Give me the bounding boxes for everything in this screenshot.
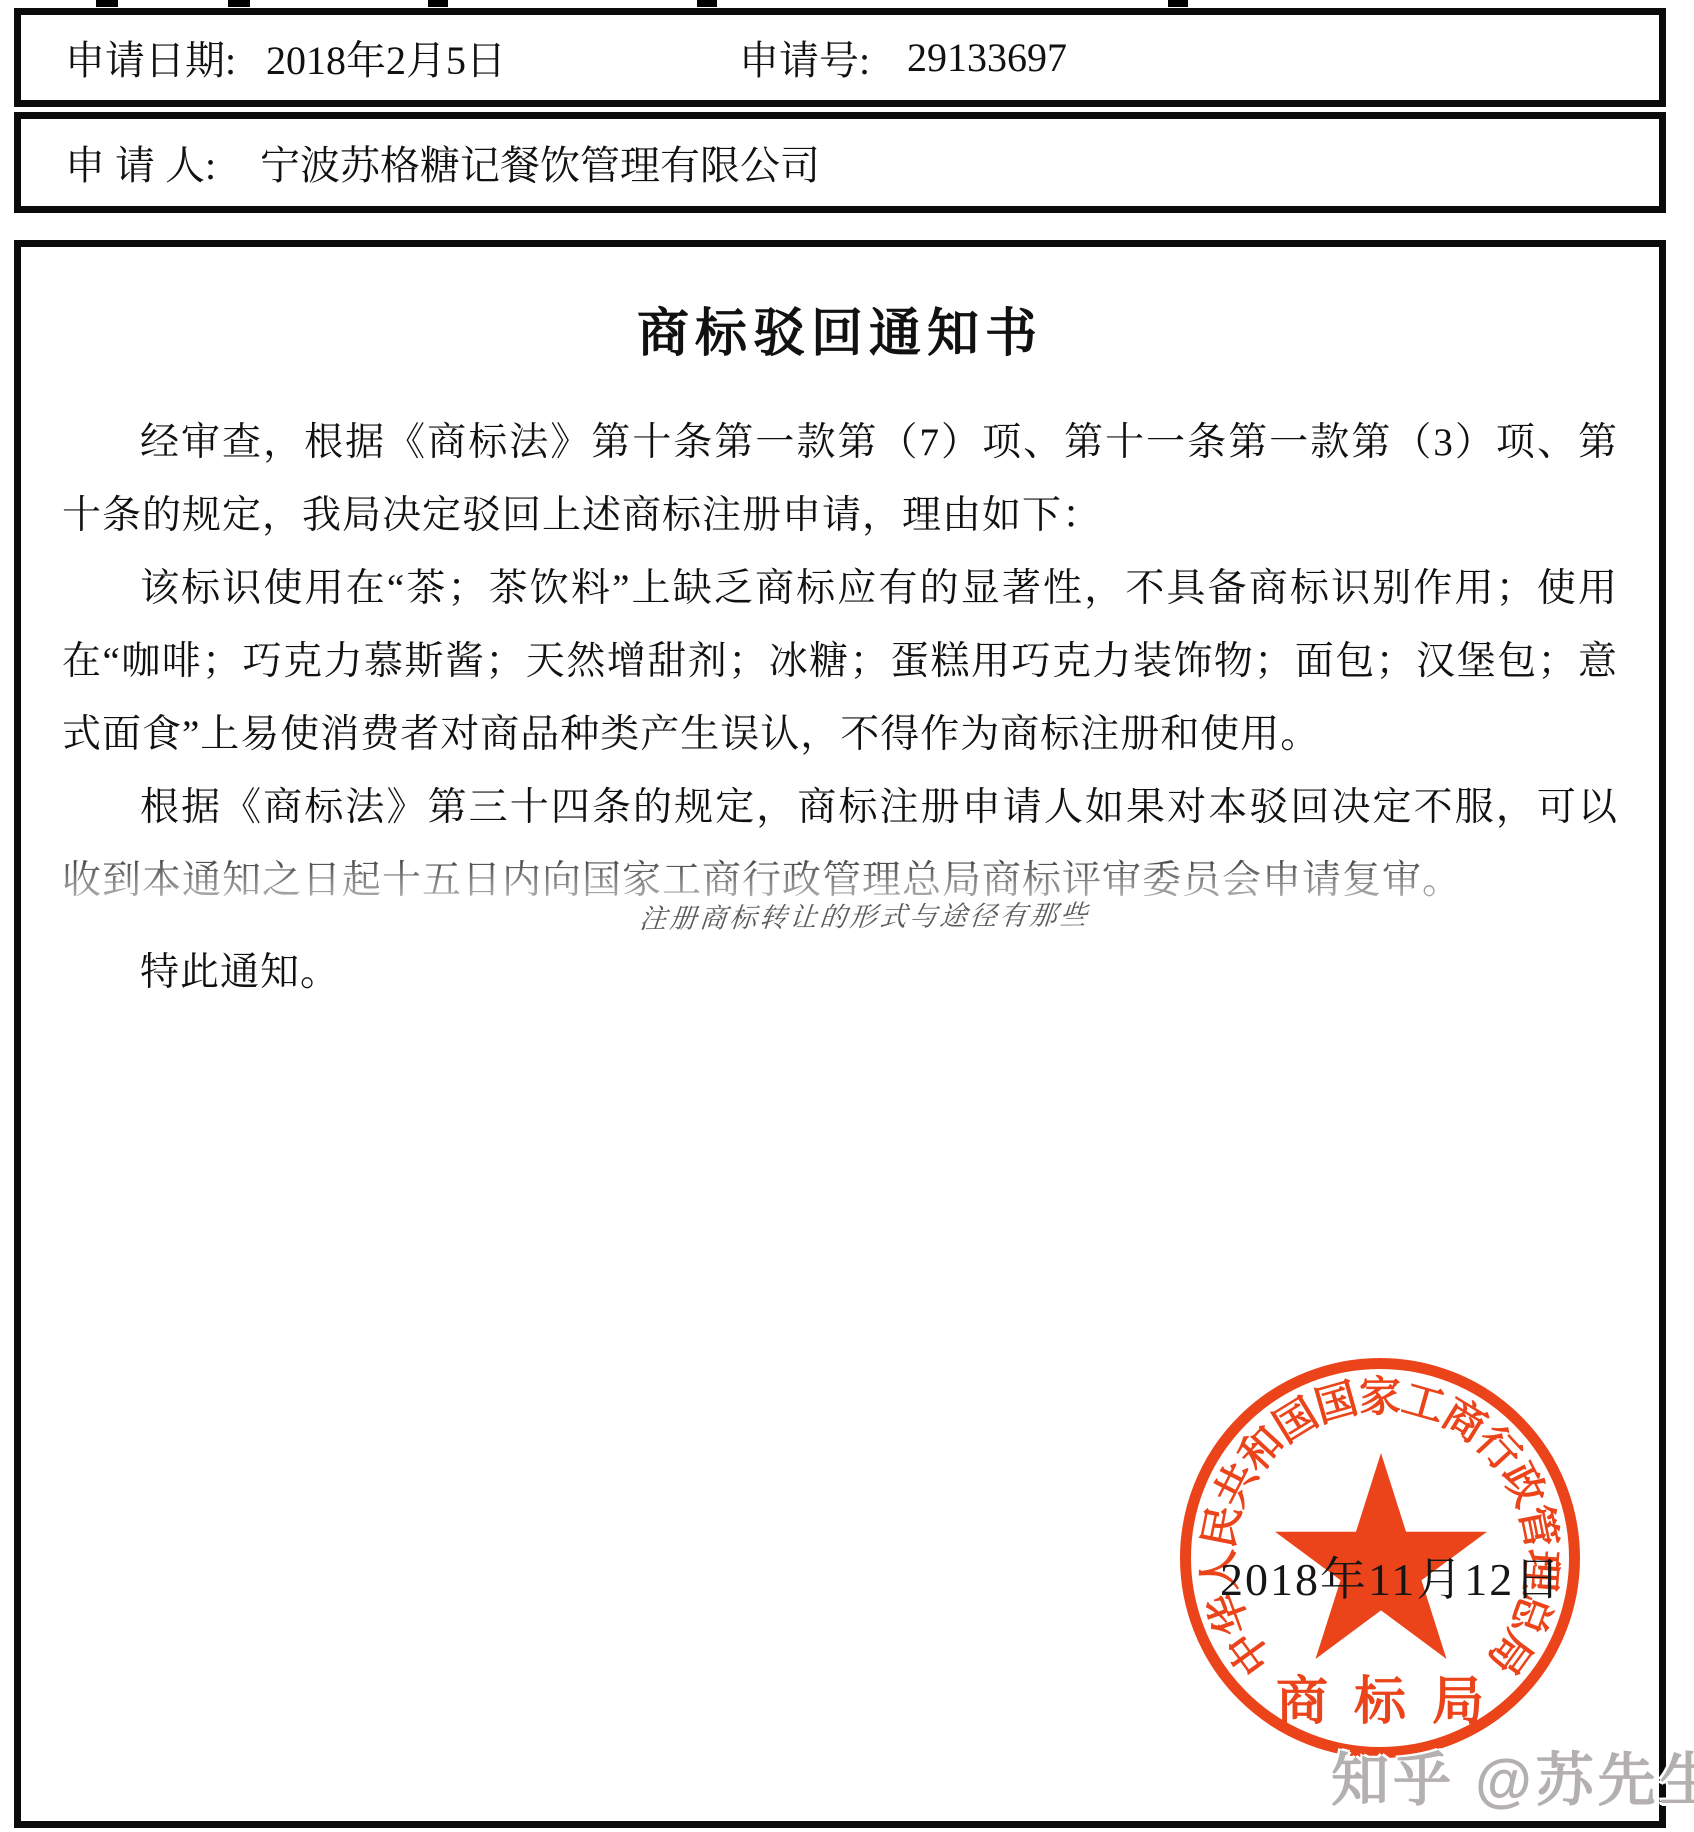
body-line: 经审查，根据《商标法》第十条第一款第（7）项、第十一条第一款第（3）项、第三 — [62, 406, 1618, 479]
application-date-value: 2018年2月5日 — [266, 15, 506, 100]
application-no-label: 申请号: — [739, 15, 870, 100]
applicant-label: 申 请 人: — [65, 119, 216, 206]
stamp-ring-char: 家 — [1359, 1377, 1401, 1419]
site-watermark: 知乎 @苏先生 — [1331, 1733, 1694, 1817]
scan-tick — [228, 0, 250, 7]
application-date-label: 申请日期: — [65, 15, 236, 100]
application-info-box: 申请日期: 2018年2月5日 申请号: 29133697 — [14, 8, 1666, 107]
application-no-value: 29133697 — [907, 15, 1067, 100]
body-line: 在“咖啡；巧克力慕斯酱；天然增甜剂；冰糖；蛋糕用巧克力装饰物；面包；汉堡包；意 — [62, 625, 1618, 698]
scan-tick — [697, 0, 717, 7]
notice-title: 商标驳回通知书 — [21, 291, 1659, 366]
body-line: 该标识使用在“茶；茶饮料”上缺乏商标应有的显著性，不具备商标识别作用；使用 — [62, 552, 1618, 625]
body-line: 式面食”上易使消费者对商品种类产生误认，不得作为商标注册和使用。 — [62, 698, 1618, 771]
body-line: 十条的规定，我局决定驳回上述商标注册申请，理由如下： — [62, 479, 1618, 552]
notice-box: 商标驳回通知书 经审查，根据《商标法》第十条第一款第（7）项、第十一条第一款第（… — [14, 240, 1666, 1828]
handwritten-watermark: 注册商标转让的形式与途径有那些 — [638, 893, 1092, 936]
body-line: 根据《商标法》第三十四条的规定，商标注册申请人如果对本驳回决定不服，可以自 — [62, 771, 1618, 844]
stamp-bureau-text: 商标局 — [1191, 1659, 1569, 1734]
issue-date: 2018年11月12日 — [1220, 1543, 1562, 1609]
body-line: 特此通知。 — [62, 936, 1618, 1009]
scan-tick — [428, 0, 448, 7]
scan-tick — [96, 0, 118, 7]
scanned-document-page: 申请日期: 2018年2月5日 申请号: 29133697 申 请 人: 宁波苏… — [0, 0, 1694, 1832]
applicant-box: 申 请 人: 宁波苏格糖记餐饮管理有限公司 — [14, 112, 1666, 213]
applicant-name: 宁波苏格糖记餐饮管理有限公司 — [260, 119, 820, 206]
scan-tick — [1168, 0, 1188, 7]
